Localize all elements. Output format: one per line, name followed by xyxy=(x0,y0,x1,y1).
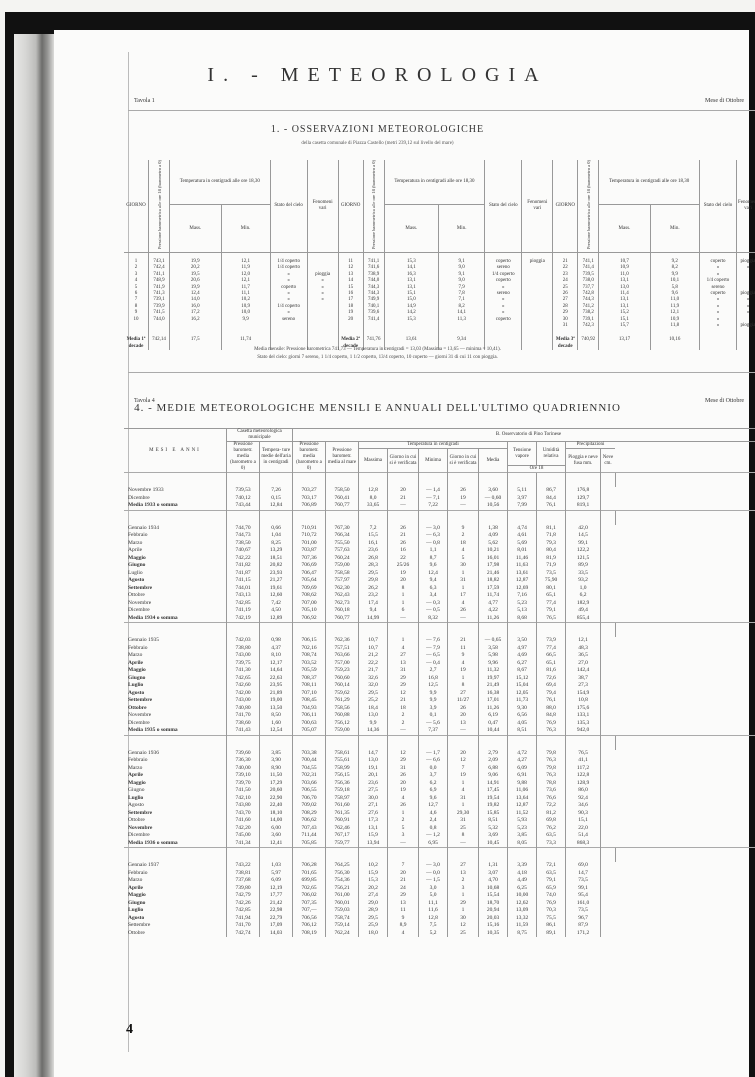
col-pressione-casetta: Pressione barometr. media (barometro a 0… xyxy=(227,442,260,473)
cell-value: 743,00 xyxy=(227,697,260,705)
row-label: Media 1934 o somma xyxy=(124,615,227,623)
row-label: Gennaio 1936 xyxy=(124,750,227,758)
cell-value: — 0,0 xyxy=(419,870,448,878)
spacer xyxy=(601,848,616,863)
cell-value: 31 xyxy=(448,577,479,585)
cell-value: 705,59 xyxy=(293,667,326,675)
cell-value: 65,1 xyxy=(537,660,566,668)
cell-value: 706,47 xyxy=(293,570,326,578)
cell-value: 709,02 xyxy=(293,802,326,810)
spacer xyxy=(448,623,479,638)
col-temperatura: Temperatura in centigradi alle ore 18,30 xyxy=(384,160,485,205)
cell-value: 51,4 xyxy=(566,832,601,840)
cell-neve xyxy=(601,765,616,773)
cell-value: 19,61 xyxy=(260,585,293,593)
cell-value: 761,60 xyxy=(326,802,359,810)
cell-value: 4,05 xyxy=(508,720,537,728)
cell-value: 76,5 xyxy=(537,615,566,623)
cell-value: 762,24 xyxy=(326,930,359,938)
cell-value: 14,7 xyxy=(359,750,388,758)
cell-value: 29 xyxy=(388,892,419,900)
cell-neve xyxy=(601,922,616,930)
cell-value: 18,10 xyxy=(260,810,293,818)
cell-value: 4 xyxy=(388,930,419,938)
cell-value: 16,01 xyxy=(479,555,508,563)
spacer xyxy=(124,623,227,638)
cell-value: 742,60 xyxy=(227,682,260,690)
book-spine xyxy=(14,34,54,1077)
cell-value: 6,00 xyxy=(260,825,293,833)
cell-value: 6,91 xyxy=(508,772,537,780)
row-label: Marzo xyxy=(124,877,227,885)
cell-value: 20 xyxy=(448,712,479,720)
table-row: Settembre743,7018,10708,29761,3527,614,6… xyxy=(124,810,755,818)
cell-value: 1 xyxy=(448,570,479,578)
cell-value: 20 xyxy=(388,577,419,585)
cell-value: 0,47 xyxy=(479,720,508,728)
cell-value: 19 xyxy=(388,570,419,578)
cell-value: 759,00 xyxy=(326,562,359,570)
table-row: Ottobre743,1312,60708,62762,4323,213,417… xyxy=(124,592,755,600)
spacer xyxy=(479,510,508,525)
cell-value: 88,0 xyxy=(537,705,566,713)
cell-neve xyxy=(601,495,616,503)
col-temp-casetta: Tempera- ture medie dell'aria in centigr… xyxy=(260,442,293,473)
cell-value: 10,21 xyxy=(479,547,508,555)
cell-value: — 1,7 xyxy=(419,750,448,758)
cell-min: 12,1 xyxy=(221,253,270,266)
divider xyxy=(128,110,755,111)
scan-border-left xyxy=(5,12,14,1077)
cell-value: 11,74 xyxy=(479,592,508,600)
cell-value: 760,24 xyxy=(326,555,359,563)
cell-neve xyxy=(601,705,616,713)
cell-value: 706,55 xyxy=(293,787,326,795)
cell-value: 129,7 xyxy=(566,495,601,503)
spacer xyxy=(448,848,479,863)
cell-value: 8,50 xyxy=(260,712,293,720)
group-precipitazioni: Precipitazioni xyxy=(566,442,616,449)
cell-value: 11,26 xyxy=(479,615,508,623)
cell-value: 17,4 xyxy=(359,600,388,608)
cell-value: 8,32 xyxy=(419,615,448,623)
row-label: Luglio xyxy=(124,907,227,915)
spacer xyxy=(124,473,227,488)
cell-value: 17,77 xyxy=(260,892,293,900)
group-separator xyxy=(124,848,755,863)
table-row: Maggio741,3014,64705,59759,2321,7312,719… xyxy=(124,667,755,675)
spacer xyxy=(227,510,260,525)
cell-value: 10,56 xyxy=(479,502,508,510)
cell-neve xyxy=(601,757,616,765)
cell-value: 11,46 xyxy=(508,555,537,563)
cell-value: 3,7 xyxy=(419,772,448,780)
cell-neve xyxy=(601,870,616,878)
row-label: Ottobre xyxy=(124,705,227,713)
cell-value: 13 xyxy=(448,720,479,728)
cell-value: 93,2 xyxy=(566,577,601,585)
cell-value: 706,56 xyxy=(293,915,326,923)
cell-neve xyxy=(601,727,616,735)
col-minima: Minima xyxy=(419,449,448,473)
cell-value: 5,23 xyxy=(508,600,537,608)
cell-value: 29,8 xyxy=(359,577,388,585)
cell-value: 6,88 xyxy=(479,765,508,773)
row-label: Aprile xyxy=(124,772,227,780)
table-row: Media 1933 o somma743,4412,84706,89760,7… xyxy=(124,502,755,510)
cell-value: 11,50 xyxy=(260,772,293,780)
cell-value: 744,70 xyxy=(227,525,260,533)
cell-value: 81,2 xyxy=(537,810,566,818)
cell-value: 89,9 xyxy=(566,562,601,570)
col-pressione: Pressione barometrica alle ore 18 (barom… xyxy=(371,160,376,249)
cell-value: 33,5 xyxy=(566,570,601,578)
cell-value: 10,00 xyxy=(508,892,537,900)
cell-value: 79,1 xyxy=(537,607,566,615)
cell-value: 10,68 xyxy=(479,885,508,893)
cell-value: 21 xyxy=(448,637,479,645)
spacer xyxy=(260,473,293,488)
cell-value: 12,4 xyxy=(419,570,448,578)
cell-value: 18,70 xyxy=(479,900,508,908)
cell-value: 762,73 xyxy=(326,600,359,608)
cell-value: 32,6 xyxy=(359,675,388,683)
cell-value: 95,4 xyxy=(566,892,601,900)
cell-value: 21,89 xyxy=(260,690,293,698)
tavola1-month: Mese di Ottobre xyxy=(705,98,744,104)
cell-value: 703,66 xyxy=(293,780,326,788)
cell-value: 14,5 xyxy=(566,532,601,540)
cell-value: 1 xyxy=(448,892,479,900)
cell-value: 23,6 xyxy=(359,780,388,788)
cell-value: — xyxy=(388,615,419,623)
table-row: Luglio741,8723,93706,47758,5829,51912,41… xyxy=(124,570,755,578)
cell-value: 8,05 xyxy=(508,840,537,848)
cell-value: 15,04 xyxy=(508,682,537,690)
cell-value: 5,32 xyxy=(479,825,508,833)
cell-neve xyxy=(601,787,616,795)
cell-value: 741,94 xyxy=(227,915,260,923)
cell-value: 15,1 xyxy=(566,817,601,825)
cell-value: 706,62 xyxy=(293,817,326,825)
cell-value: — 7,9 xyxy=(419,645,448,653)
cell-value: 2,79 xyxy=(479,750,508,758)
cell-neve xyxy=(601,547,616,555)
table-row: Dicembre740,120,15703,17760,418,021— 7,1… xyxy=(124,495,755,503)
cell-value: — xyxy=(388,727,419,735)
cell-value: 8,75 xyxy=(508,930,537,938)
group-casetta: Casetta meteorologica municipale xyxy=(227,429,293,442)
col-max: Mass. xyxy=(599,205,650,253)
cell-value: 15,9 xyxy=(359,832,388,840)
cell-value: 4,61 xyxy=(508,532,537,540)
cell-value: 12 xyxy=(448,922,479,930)
cell-max: 19,9 xyxy=(170,253,222,266)
cell-value: 4,77 xyxy=(479,600,508,608)
col-fenomeni: Fenomeni vari xyxy=(737,160,755,253)
cell-value: 743,44 xyxy=(227,502,260,510)
row-label: Ottobre xyxy=(124,930,227,938)
cell-value: 6,09 xyxy=(260,877,293,885)
cell-value: 26,2 xyxy=(359,585,388,593)
table-row: Settembre741,7017,09706,12759,1425,98,97… xyxy=(124,922,755,930)
cell-value: 758,58 xyxy=(326,570,359,578)
spacer xyxy=(479,735,508,750)
cell-value: 26 xyxy=(448,705,479,713)
cell-neve xyxy=(601,607,616,615)
cell-value: 760,14 xyxy=(326,682,359,690)
cell-value: 759,62 xyxy=(326,690,359,698)
cell-neve xyxy=(601,697,616,705)
cell-value: 4,49 xyxy=(508,877,537,885)
row-label: Settembre xyxy=(124,810,227,818)
cell-value: 84,8 xyxy=(537,712,566,720)
cell-value: 743,00 xyxy=(227,652,260,660)
cell-value: — 1,4 xyxy=(419,487,448,495)
cell-value: 27,1 xyxy=(359,802,388,810)
cell-value: 9,9 xyxy=(419,690,448,698)
spacer xyxy=(419,848,448,863)
row-label: Agosto xyxy=(124,577,227,585)
cell-value: 738,50 xyxy=(227,540,260,548)
cell-value: 32,0 xyxy=(359,682,388,690)
spacer xyxy=(508,848,537,863)
cell-value: 8 xyxy=(448,682,479,690)
cell-value: 20,2 xyxy=(359,885,388,893)
cell-value: 12,87 xyxy=(508,802,537,810)
cell-value: 7,2 xyxy=(359,525,388,533)
row-label: Maggio xyxy=(124,780,227,788)
cell-value: 739,60 xyxy=(227,750,260,758)
cell-value: 13,1 xyxy=(359,825,388,833)
cell-fen: pioggia xyxy=(522,253,553,266)
cell-neve xyxy=(601,712,616,720)
cell-value: 707,00 xyxy=(293,600,326,608)
table-row: Febbraio744,731,04710,72766,3415,521— 6,… xyxy=(124,532,755,540)
row-label: Ottobre xyxy=(124,817,227,825)
cell-value: 29,0 xyxy=(359,900,388,908)
cell-value: 705,10 xyxy=(293,607,326,615)
cell-value: 16 xyxy=(388,547,419,555)
cell-value: 761,29 xyxy=(326,697,359,705)
col-pressione-oss: Pressione barometr. media (barometro a 0… xyxy=(293,442,326,473)
cell-value: 11,73 xyxy=(508,697,537,705)
cell-value: 739,10 xyxy=(227,772,260,780)
cell-value: 1 xyxy=(448,907,479,915)
cell-value: 741,87 xyxy=(227,570,260,578)
main-title: I. - METEOROLOGIA xyxy=(0,64,755,87)
group-separator xyxy=(124,623,755,638)
cell-value: 754,36 xyxy=(326,877,359,885)
cell-value: 79,3 xyxy=(537,540,566,548)
cell-value: 142,4 xyxy=(566,667,601,675)
cell-value: 22 xyxy=(388,555,419,563)
cell-neve xyxy=(601,810,616,818)
tavola4-title: 4. - MEDIE METEOROLOGICHE MENSILI E ANNU… xyxy=(0,402,755,414)
cell-value: 10,8 xyxy=(566,697,601,705)
spacer xyxy=(260,848,293,863)
cell-value: 9,6 xyxy=(419,562,448,570)
cell-value: — 6,6 xyxy=(419,757,448,765)
cell-value: 1,31 xyxy=(479,862,508,870)
cell-value: 12,69 xyxy=(508,585,537,593)
cell-value: 4 xyxy=(448,600,479,608)
row-label: Luglio xyxy=(124,795,227,803)
cell-value: 73,5 xyxy=(566,907,601,915)
spacer xyxy=(359,473,388,488)
cell-value: 2,4 xyxy=(419,817,448,825)
col-giorno: GIORNO xyxy=(553,160,578,253)
cell-value: 736,30 xyxy=(227,757,260,765)
cell-value: 740,12 xyxy=(227,495,260,503)
row-label: Maggio xyxy=(124,555,227,563)
cell-value: 20,03 xyxy=(479,915,508,923)
cell-value: 26 xyxy=(448,607,479,615)
cell-value: 742,74 xyxy=(227,930,260,938)
cell-value: 1 xyxy=(448,585,479,593)
cell-value: 76,9 xyxy=(537,900,566,908)
cell-value: 79,1 xyxy=(537,877,566,885)
row-label: Aprile xyxy=(124,660,227,668)
cell-value: — 0,4 xyxy=(419,660,448,668)
spacer xyxy=(227,623,260,638)
cell-value: 29,5 xyxy=(359,690,388,698)
spacer xyxy=(537,735,566,750)
cell-value: 12,7 xyxy=(419,802,448,810)
cell-value: 4,6 xyxy=(419,810,448,818)
cell-value: 760,91 xyxy=(326,817,359,825)
cell-value: 133,1 xyxy=(566,712,601,720)
cell-value: 7,42 xyxy=(260,600,293,608)
row-label: Maggio xyxy=(124,667,227,675)
table-row: Marzo737,686,09699,85754,3615,321— 1,524… xyxy=(124,877,755,885)
cell-value: 7,16 xyxy=(508,592,537,600)
cell-value: 756,30 xyxy=(326,870,359,878)
cell-value: 741,19 xyxy=(227,607,260,615)
cell-value: 29 xyxy=(388,757,419,765)
cell-p: 741,1 xyxy=(363,253,384,266)
monthly-averages-body: Novembre 1933739,537,26703,27758,5012,82… xyxy=(124,473,755,938)
cell-value: 9,4 xyxy=(419,577,448,585)
cell-value: 758,50 xyxy=(326,487,359,495)
spacer xyxy=(601,623,616,638)
cell-value: 4,97 xyxy=(508,645,537,653)
cell-value: 761,00 xyxy=(326,892,359,900)
spacer xyxy=(537,510,566,525)
cell-value: 19 xyxy=(448,495,479,503)
cell-neve xyxy=(601,667,616,675)
col-giorno-min: Giorno in cui si è verificata xyxy=(448,449,479,473)
cell-value: 8,01 xyxy=(508,547,537,555)
row-label: Agosto xyxy=(124,690,227,698)
spacer xyxy=(293,848,326,863)
cell-value: 26 xyxy=(388,802,419,810)
cell-value: 739,75 xyxy=(227,660,260,668)
cell-value: 6,09 xyxy=(508,765,537,773)
cell-min: 9,1 xyxy=(439,253,485,266)
cell-value: 17,98 xyxy=(479,562,508,570)
cell-value: 743,13 xyxy=(227,592,260,600)
table-row: Marzo738,508,25701,00755,5016,126— 0,818… xyxy=(124,540,755,548)
cell-value: 11,63 xyxy=(508,562,537,570)
table-row: Luglio742,6023,95708,11760,1432,02912,58… xyxy=(124,682,755,690)
cell-value: 5,2 xyxy=(419,930,448,938)
cell-value: 11 xyxy=(448,645,479,653)
cell-value: 80,1 xyxy=(537,585,566,593)
cell-value: 34,6 xyxy=(566,802,601,810)
cell-value: 182,9 xyxy=(566,600,601,608)
cell-value: 5,93 xyxy=(508,817,537,825)
table-row: Febbraio738,815,97701,65756,3015,920— 0,… xyxy=(124,870,755,878)
cell-value: 69,8 xyxy=(537,817,566,825)
cell-value: 6,2 xyxy=(419,780,448,788)
cell-value: 11,06 xyxy=(508,787,537,795)
cell-value: 760,77 xyxy=(326,502,359,510)
cell-value: 3,97 xyxy=(508,495,537,503)
table-row: Novembre742,206,00707,43762,4613,150,825… xyxy=(124,825,755,833)
cell-value: 741,34 xyxy=(227,840,260,848)
cell-value: 72,2 xyxy=(537,802,566,810)
cell-stato: coperto xyxy=(485,253,522,266)
cell-value: 76,3 xyxy=(537,727,566,735)
cell-value: 30 xyxy=(448,562,479,570)
spacer xyxy=(388,848,419,863)
cell-value: 13,64 xyxy=(508,795,537,803)
table-row: Media 1936 o somma741,3412,41705,85759,7… xyxy=(124,840,755,848)
row-label: Febbraio xyxy=(124,532,227,540)
cell-value: 1 xyxy=(388,592,419,600)
cell-value: 10,44 xyxy=(479,727,508,735)
cell-value: 19 xyxy=(448,667,479,675)
row-label: Giugno xyxy=(124,900,227,908)
cell-value: — 6,3 xyxy=(419,532,448,540)
cell-value: 5,11 xyxy=(508,487,537,495)
cell-value: 8 xyxy=(448,832,479,840)
cell-value: 5 xyxy=(448,555,479,563)
cell-value: 99,1 xyxy=(566,540,601,548)
cell-value: 6 xyxy=(388,607,419,615)
cell-value: 738,81 xyxy=(227,870,260,878)
cell-value: 3,60 xyxy=(260,832,293,840)
cell-value: — xyxy=(388,840,419,848)
col-min: Min. xyxy=(439,205,485,253)
cell-value: 18 xyxy=(448,540,479,548)
cell-value: 742,03 xyxy=(227,637,260,645)
cell-value: 761,35 xyxy=(326,810,359,818)
cell-min: 9,2 xyxy=(650,253,699,266)
cell-value: 21,2 xyxy=(359,652,388,660)
cell-value: — 3,0 xyxy=(419,525,448,533)
cell-value: 9,88 xyxy=(508,780,537,788)
cell-value: 65,9 xyxy=(537,885,566,893)
cell-value: 4,70 xyxy=(479,877,508,885)
cell-value: 705,64 xyxy=(293,577,326,585)
cell-value: 20 xyxy=(388,487,419,495)
row-label: Dicembre xyxy=(124,832,227,840)
cell-value: 7,37 xyxy=(419,727,448,735)
cell-value: 3,39 xyxy=(508,862,537,870)
cell-value: 25,2 xyxy=(359,697,388,705)
observations-table: GIORNO Pressione barometrica alle ore 18… xyxy=(124,160,755,350)
cell-value: 128,9 xyxy=(566,780,601,788)
cell-value: 708,37 xyxy=(293,675,326,683)
cell-value: 3,4 xyxy=(419,592,448,600)
monthly-averages-table: MESI E ANNI Casetta meteorologica munici… xyxy=(124,428,755,937)
cell-neve xyxy=(601,577,616,585)
cell-value: 2,09 xyxy=(479,757,508,765)
cell-neve xyxy=(601,585,616,593)
cell-value: 73,5 xyxy=(537,570,566,578)
